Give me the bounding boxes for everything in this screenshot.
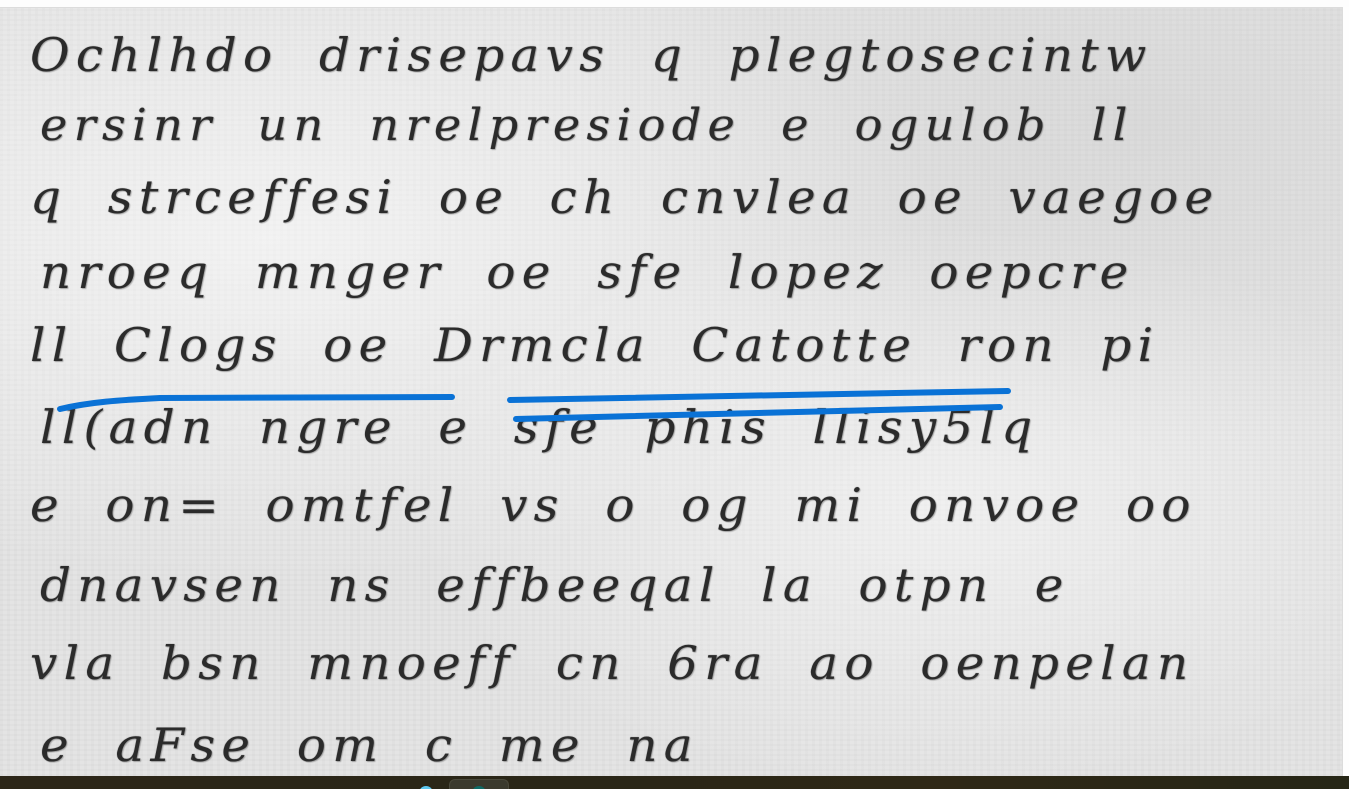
manuscript-line: Ochlhdo drisepavs q plegtosecintw [30,28,1153,82]
manuscript-line: e aFse om c me na [40,718,699,772]
manuscript-line: ll Clogs oe Drmcla Catotte ron pi [30,318,1159,372]
manuscript-line: nroeq mnger oe sfe lopez oepcre [40,245,1135,299]
manuscript-line: ll(adn ngre e sfe phis llisy5lq [40,400,1038,454]
viewer-right-border [1342,7,1349,776]
manuscript-line: vla bsn mnoeff cn 6ra ao oenpelan [30,636,1194,690]
manuscript-line: ersinr un nrelpresiode e ogulob ll [40,100,1134,151]
viewer-top-border [0,0,1349,8]
taskbar-app-button[interactable] [449,779,509,789]
manuscript-line: dnavsen ns effbeeqal la otpn e [40,558,1070,612]
image-viewer: Ochlhdo drisepavs q plegtosecintwersinr … [0,0,1349,776]
manuscript-image: Ochlhdo drisepavs q plegtosecintwersinr … [0,8,1342,776]
manuscript-line: q strceffesi oe ch cnvlea oe vaegoe [30,170,1219,224]
taskbar [0,776,1349,789]
manuscript-line: e on= omtfel vs o og mi onvoe oo [30,478,1197,532]
